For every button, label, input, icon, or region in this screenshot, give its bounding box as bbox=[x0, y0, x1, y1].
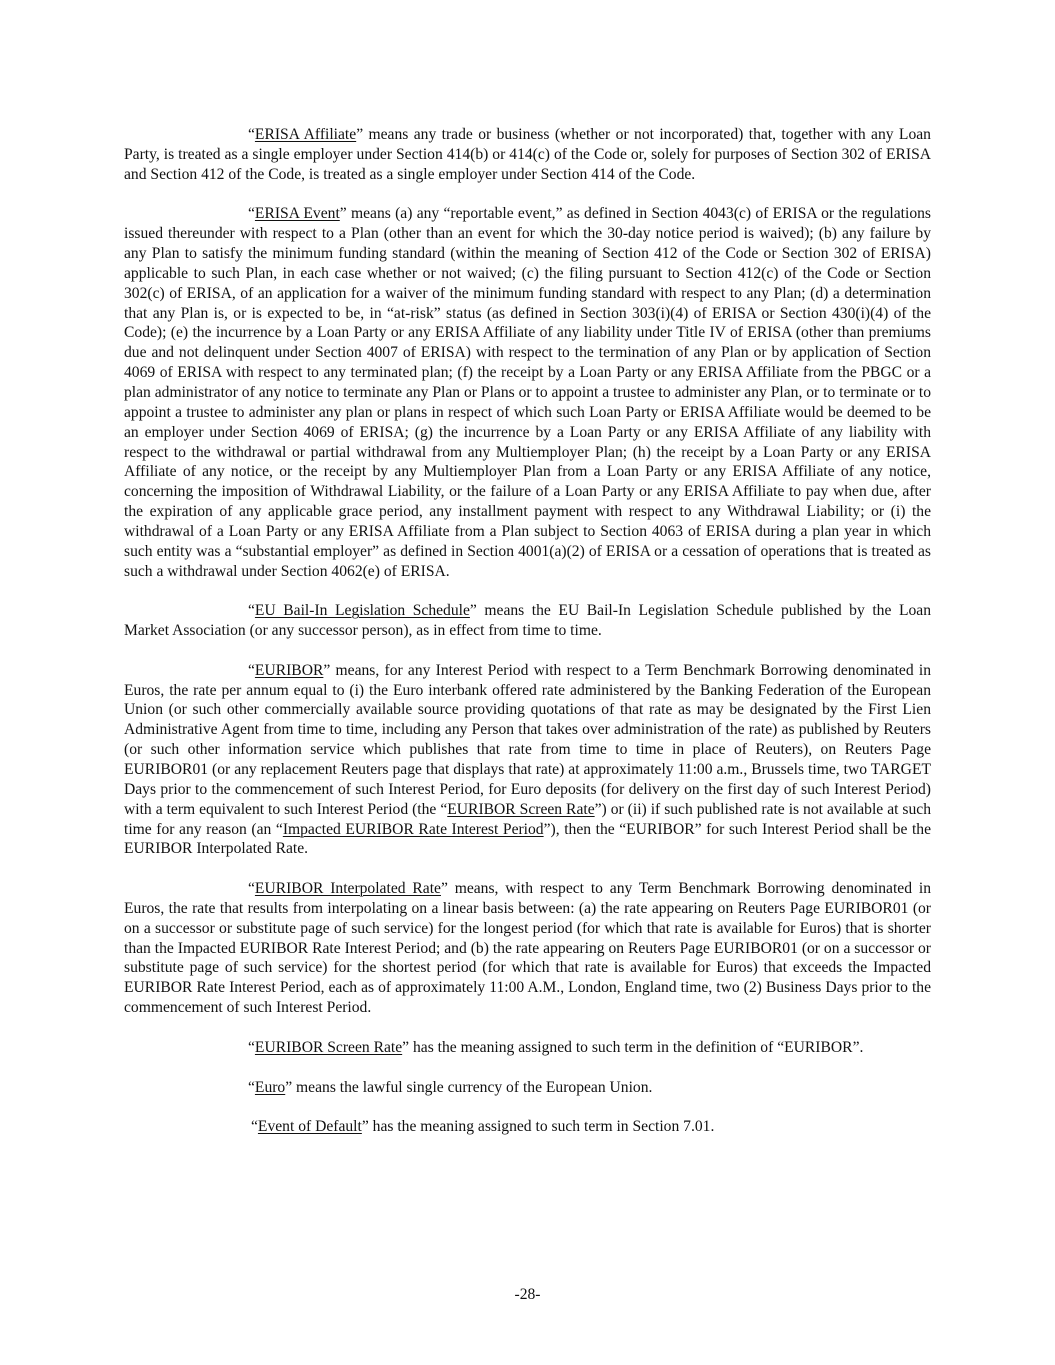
definition-body: has the meaning assigned to such term in… bbox=[409, 1039, 863, 1056]
definition-event-of-default: “Event of Default” has the meaning assig… bbox=[124, 1117, 931, 1137]
close-quote: ” bbox=[362, 1118, 369, 1135]
open-quote: “ bbox=[248, 205, 255, 222]
open-quote: “ bbox=[248, 1079, 255, 1096]
defined-term: ERISA Event bbox=[255, 205, 340, 222]
definition-euribor-interpolated-rate: “EURIBOR Interpolated Rate” means, with … bbox=[124, 879, 931, 1018]
definition-erisa-event: “ERISA Event” means (a) any “reportable … bbox=[124, 204, 931, 581]
definition-body: means the lawful single currency of the … bbox=[292, 1079, 652, 1096]
inline-defined-term: EURIBOR Screen Rate bbox=[447, 801, 594, 818]
close-quote: ” bbox=[441, 880, 448, 897]
close-quote: ” bbox=[340, 205, 347, 222]
defined-term: ERISA Affiliate bbox=[255, 126, 356, 143]
definition-body: means (a) any “reportable event,” as def… bbox=[124, 205, 931, 579]
open-quote: “ bbox=[248, 1039, 255, 1056]
defined-term: EURIBOR Interpolated Rate bbox=[255, 880, 441, 897]
defined-term: EURIBOR Screen Rate bbox=[255, 1039, 402, 1056]
definition-body: means any trade or business (whether or … bbox=[124, 126, 931, 183]
inline-defined-term: Impacted EURIBOR Rate Interest Period bbox=[283, 821, 544, 838]
definition-body: means, with respect to any Term Benchmar… bbox=[124, 880, 931, 1016]
definition-erisa-affiliate: “ERISA Affiliate” means any trade or bus… bbox=[124, 125, 931, 185]
definition-eu-bail-in-legislation-schedule: “EU Bail-In Legislation Schedule” means … bbox=[124, 601, 931, 641]
open-quote: “ bbox=[248, 662, 255, 679]
definition-euribor-screen-rate: “EURIBOR Screen Rate” has the meaning as… bbox=[124, 1038, 931, 1058]
definition-body: means, for any Interest Period with resp… bbox=[124, 662, 931, 818]
defined-term: Euro bbox=[255, 1079, 285, 1096]
open-quote: “ bbox=[248, 880, 255, 897]
open-quote: “ bbox=[248, 126, 255, 143]
defined-term: EURIBOR bbox=[255, 662, 323, 679]
close-quote: ” bbox=[470, 602, 477, 619]
open-quote: “ bbox=[248, 602, 255, 619]
definition-euro: “Euro” means the lawful single currency … bbox=[124, 1078, 931, 1098]
document-page: “ERISA Affiliate” means any trade or bus… bbox=[124, 125, 931, 1157]
definition-body: means the EU Bail-In Legislation Schedul… bbox=[124, 602, 931, 639]
defined-term: EU Bail-In Legislation Schedule bbox=[255, 602, 470, 619]
defined-term: Event of Default bbox=[258, 1118, 362, 1135]
open-quote: “ bbox=[251, 1118, 258, 1135]
definition-body: has the meaning assigned to such term in… bbox=[369, 1118, 715, 1135]
page-number: -28- bbox=[0, 1285, 1055, 1305]
definition-euribor: “EURIBOR” means, for any Interest Period… bbox=[124, 661, 931, 859]
